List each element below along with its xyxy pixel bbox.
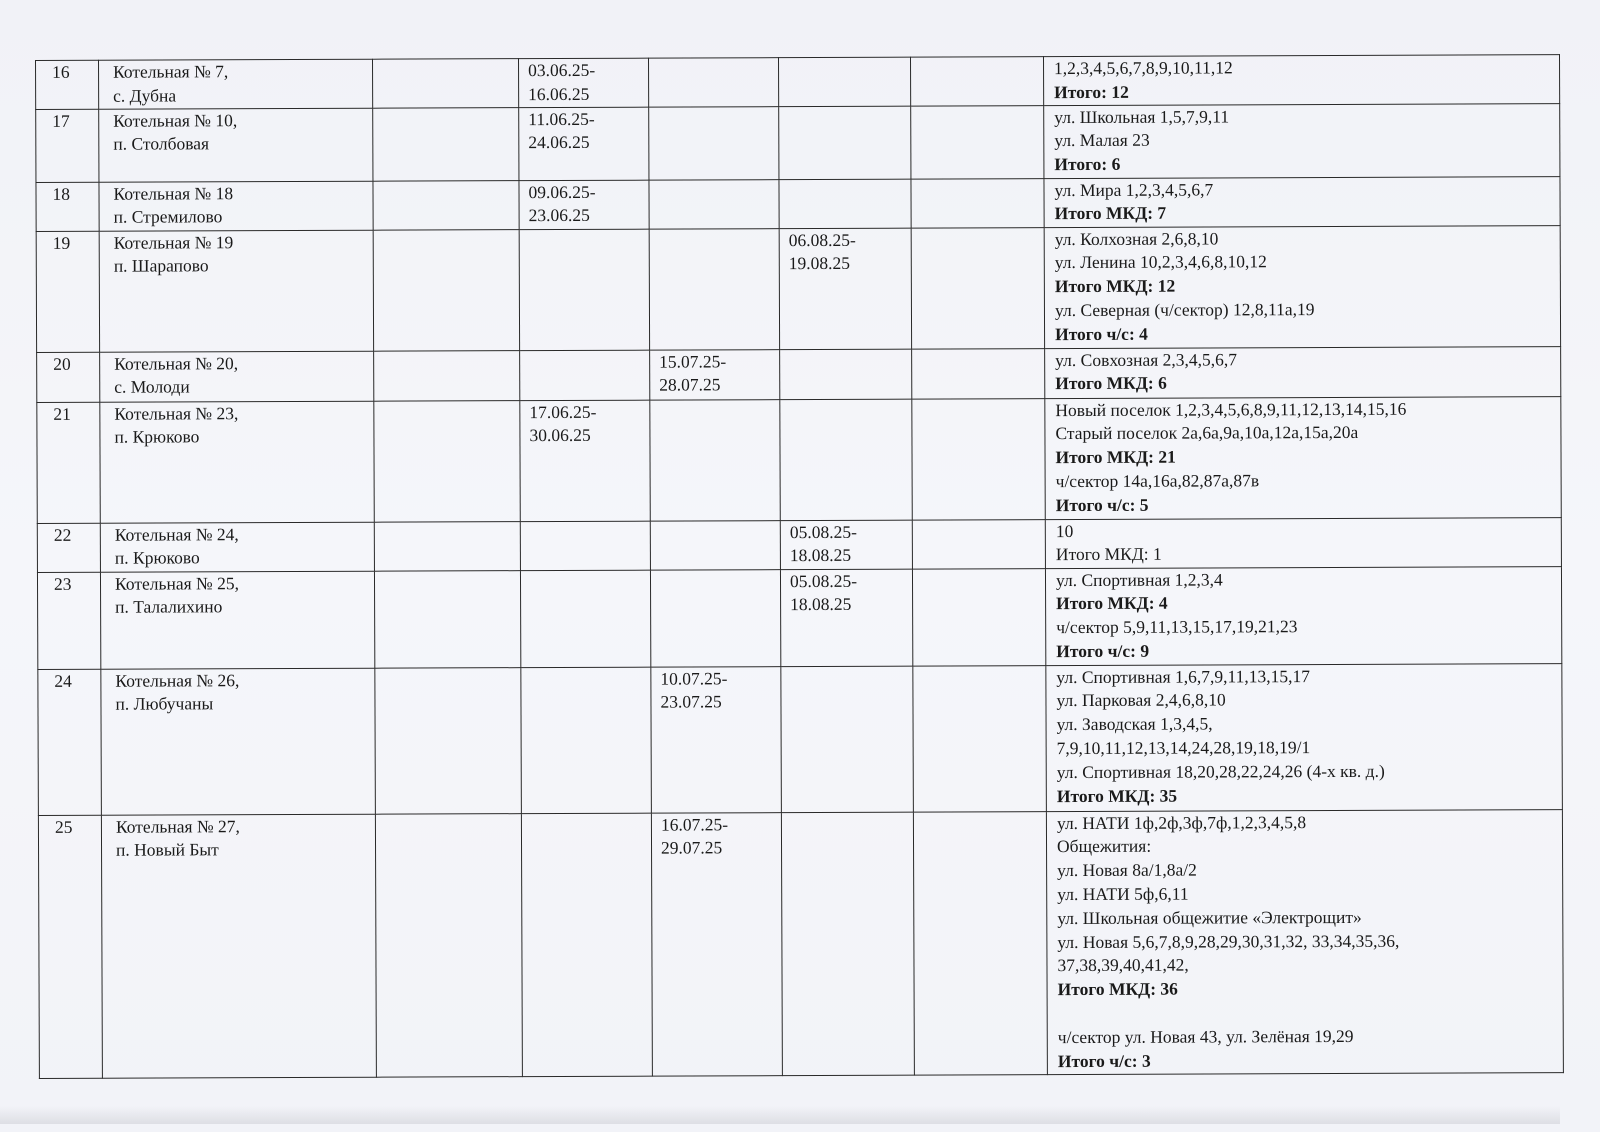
period-start: 17.06.25- (529, 400, 649, 424)
total-line: Итого ч/с: 3 (1058, 1048, 1563, 1074)
settlement-name: п. Талалихино (115, 595, 374, 620)
period-cell-col4: 09.06.25-23.06.25 (519, 180, 649, 229)
total-line: Итого МКД: 12 (1055, 273, 1560, 299)
period-cell-col3 (372, 59, 518, 108)
period-start: 16.07.25- (661, 813, 781, 837)
row-number: 23 (54, 572, 100, 596)
total-line: Итого ч/с: 4 (1055, 321, 1560, 347)
addresses-cell: ул. Совхозная 2,3,4,5,6,7Итого МКД: 6 (1045, 346, 1561, 398)
boiler-name-cell: Котельная № 19п. Шарапово (99, 230, 373, 352)
table-row: 24Котельная № 26,п. Любучаны10.07.25-23.… (38, 663, 1563, 815)
total-line: Итого МКД: 36 (1058, 976, 1563, 1002)
addresses-cell: ул. Школьная 1,5,7,9,11ул. Малая 23Итого… (1044, 103, 1560, 178)
period-cell-col7 (912, 568, 1045, 666)
period-end: 28.07.25 (659, 374, 779, 398)
address-line: ул. Заводская 1,3,4,5, (1057, 711, 1562, 737)
scanned-page: 16Котельная № 7,с. Дубна03.06.25-16.06.2… (0, 0, 1600, 1132)
period-cell-col3 (373, 107, 519, 181)
boiler-name: Котельная № 27, (116, 814, 375, 839)
address-line: ул. НАТИ 1ф,2ф,3ф,7ф,1,2,3,4,5,8 (1057, 810, 1562, 836)
address-line (1058, 1000, 1563, 1026)
settlement-name: п. Шарапово (114, 254, 373, 279)
address-line: ул. Ленина 10,2,3,4,6,8,10,12 (1055, 250, 1560, 276)
period-end: 23.06.25 (529, 204, 649, 228)
period-cell-col7 (912, 398, 1045, 520)
address-line: 1,2,3,4,5,6,7,8,9,10,11,12 (1054, 55, 1559, 81)
boiler-name: Котельная № 26, (115, 668, 374, 693)
address-line: ул. Школьная общежитие «Электрощит» (1057, 905, 1562, 931)
row-number-cell: 17 (36, 109, 99, 182)
row-number-cell: 24 (38, 669, 102, 815)
period-cell-col7 (912, 348, 1045, 399)
row-number-cell: 20 (37, 352, 100, 402)
page-edge-shadow (0, 1106, 1560, 1124)
address-line: ул. Малая 23 (1054, 128, 1559, 154)
period-cell-col5 (649, 179, 779, 228)
boiler-name-cell: Котельная № 24,п. Крюково (100, 522, 374, 572)
settlement-name: п. Любучаны (115, 692, 374, 717)
address-line: ч/сектор 14а,16а,82,87а,87в (1056, 468, 1561, 494)
total-line: Итого: 6 (1054, 151, 1559, 177)
period-cell-col7 (910, 57, 1043, 106)
row-number-cell: 22 (37, 523, 100, 572)
boiler-name: Котельная № 10, (113, 108, 372, 133)
boiler-name: Котельная № 24, (115, 522, 374, 547)
table-row: 25Котельная № 27,п. Новый Быт16.07.25-29… (38, 809, 1563, 1078)
period-cell-col6 (781, 812, 914, 1076)
boiler-name: Котельная № 7, (113, 60, 372, 85)
period-cell-col5 (649, 228, 779, 349)
period-cell-col5 (650, 399, 780, 520)
period-end: 29.07.25 (661, 837, 781, 861)
address-line: ул. Совхозная 2,3,4,5,6,7 (1055, 347, 1560, 373)
period-start: 05.08.25- (790, 520, 912, 544)
row-number: 19 (53, 231, 99, 255)
period-cell-col7 (912, 519, 1045, 569)
period-start: 11.06.25- (528, 107, 648, 131)
table-row: 22Котельная № 24,п. Крюково05.08.25-18.0… (37, 517, 1561, 572)
period-cell-col6 (779, 106, 911, 180)
period-end: 19.08.25 (789, 252, 911, 276)
addresses-cell: 10Итого МКД: 1 (1045, 517, 1561, 568)
row-number-cell: 25 (38, 815, 102, 1078)
total-line: Итого: 12 (1054, 79, 1559, 105)
period-cell-col6 (778, 57, 910, 106)
address-line: ул. Школьная 1,5,7,9,11 (1054, 104, 1559, 130)
period-cell-col4: 17.06.25-30.06.25 (520, 400, 650, 521)
address-line: 10 (1056, 518, 1561, 544)
period-cell-col6 (781, 666, 914, 813)
row-number: 16 (52, 61, 98, 85)
period-cell-col4: 11.06.25-24.06.25 (519, 107, 649, 180)
address-line: 37,38,39,40,41,42, (1057, 953, 1562, 979)
total-line: Итого МКД: 35 (1057, 783, 1562, 809)
boiler-name-cell: Котельная № 26,п. Любучаны (101, 668, 376, 815)
total-line: Итого МКД: 7 (1055, 201, 1560, 227)
table-row: 18Котельная № 18п. Стремилово09.06.25-23… (36, 176, 1560, 231)
address-line: ул. НАТИ 5ф,6,11 (1057, 881, 1562, 907)
settlement-name: п. Новый Быт (116, 838, 375, 863)
table-row: 23Котельная № 25,п. Талалихино05.08.25-1… (37, 566, 1561, 669)
period-cell-col3 (374, 570, 520, 668)
period-cell-col4 (521, 667, 652, 813)
period-cell-col7 (913, 811, 1047, 1075)
row-number: 17 (52, 109, 98, 133)
period-cell-col6: 05.08.25-18.08.25 (780, 520, 912, 570)
period-end: 18.08.25 (790, 544, 912, 568)
address-line: ул. Новая 8а/1,8а/2 (1057, 857, 1562, 883)
period-end: 24.06.25 (528, 131, 648, 155)
period-end: 18.08.25 (790, 593, 912, 617)
addresses-cell: Новый поселок 1,2,3,4,5,6,8,9,11,12,13,1… (1045, 396, 1561, 519)
address-line: Старый поселок 2а,6а,9а,10а,12а,15а,20а (1055, 421, 1560, 447)
row-number: 24 (54, 669, 100, 693)
period-cell-col4: 03.06.25-16.06.25 (518, 58, 648, 107)
row-number-cell: 16 (36, 60, 99, 109)
address-line: Общежития: (1057, 834, 1562, 860)
boiler-name-cell: Котельная № 27,п. Новый Быт (101, 814, 376, 1078)
period-start: 03.06.25- (528, 59, 648, 83)
address-line: ч/сектор ул. Новая 43, ул. Зелёная 19,29 (1058, 1024, 1563, 1050)
period-start: 09.06.25- (528, 180, 648, 204)
address-line: ул. Спортивная 1,6,7,9,11,13,15,17 (1056, 664, 1561, 690)
period-cell-col3 (373, 229, 519, 351)
address-line: ул. Спортивная 18,20,28,22,24,26 (4-х кв… (1057, 759, 1562, 785)
period-end: 23.07.25 (660, 691, 780, 715)
period-cell-col3 (374, 521, 520, 571)
table-row: 20Котельная № 20,с. Молоди15.07.25-28.07… (37, 346, 1561, 402)
total-line: Итого МКД: 6 (1055, 371, 1560, 397)
period-cell-col6 (780, 349, 912, 400)
period-cell-col3 (375, 813, 522, 1077)
row-number: 21 (53, 402, 99, 426)
address-line: Итого МКД: 1 (1056, 542, 1561, 568)
address-line: ул. Северная (ч/сектор) 12,8,11а,19 (1055, 297, 1560, 323)
period-cell-col6: 05.08.25-18.08.25 (780, 569, 912, 667)
boiler-name: Котельная № 20, (114, 351, 373, 376)
boiler-schedule-table: 16Котельная № 7,с. Дубна03.06.25-16.06.2… (35, 54, 1564, 1078)
row-number: 20 (53, 352, 99, 376)
settlement-name: п. Крюково (115, 546, 374, 571)
period-end: 16.06.25 (528, 82, 648, 106)
period-cell-col5 (648, 58, 778, 107)
boiler-name: Котельная № 23, (114, 401, 373, 426)
period-cell-col7 (911, 178, 1044, 228)
period-cell-col7 (911, 227, 1044, 349)
boiler-name: Котельная № 18 (113, 181, 372, 206)
address-line: ул. Спортивная 1,2,3,4 (1056, 567, 1561, 593)
boiler-name-cell: Котельная № 25,п. Талалихино (100, 571, 374, 669)
period-cell-col7 (911, 105, 1044, 179)
period-start: 10.07.25- (660, 667, 780, 691)
table-row: 17Котельная № 10,п. Столбовая11.06.25-24… (36, 103, 1560, 182)
total-line: Итого ч/с: 9 (1056, 638, 1561, 664)
addresses-cell: ул. Спортивная 1,6,7,9,11,13,15,17ул. Па… (1046, 663, 1563, 811)
period-cell-col6: 06.08.25-19.08.25 (779, 228, 911, 350)
period-cell-col6 (780, 399, 912, 521)
addresses-cell: ул. Спортивная 1,2,3,4Итого МКД: 4ч/сект… (1045, 566, 1561, 665)
row-number-cell: 21 (37, 402, 100, 523)
settlement-name: с. Дубна (113, 84, 372, 109)
table-row: 21Котельная № 23,п. Крюково17.06.25-30.0… (37, 396, 1561, 523)
period-cell-col7 (913, 665, 1047, 812)
address-line: ул. Мира 1,2,3,4,5,6,7 (1054, 177, 1559, 203)
period-cell-col3 (375, 667, 522, 814)
period-cell-col3 (374, 400, 520, 522)
addresses-cell: 1,2,3,4,5,6,7,8,9,10,11,12Итого: 12 (1043, 55, 1559, 106)
boiler-name-cell: Котельная № 23,п. Крюково (100, 401, 374, 523)
period-cell-col4 (520, 570, 650, 667)
period-cell-col5 (650, 569, 780, 666)
boiler-name: Котельная № 19 (114, 230, 373, 255)
period-cell-col5 (650, 520, 780, 569)
boiler-name: Котельная № 25, (115, 571, 374, 596)
table-body: 16Котельная № 7,с. Дубна03.06.25-16.06.2… (36, 55, 1564, 1078)
boiler-name-cell: Котельная № 10,п. Столбовая (99, 108, 373, 182)
period-start: 15.07.25- (659, 350, 779, 374)
total-line: Итого МКД: 21 (1055, 444, 1560, 470)
settlement-name: с. Молоди (114, 375, 373, 400)
settlement-name: п. Стремилово (114, 205, 373, 230)
period-cell-col5: 10.07.25-23.07.25 (651, 666, 782, 812)
settlement-name: п. Крюково (114, 425, 373, 450)
period-cell-col5: 16.07.25-29.07.25 (651, 812, 782, 1075)
addresses-cell: ул. Мира 1,2,3,4,5,6,7Итого МКД: 7 (1044, 176, 1560, 227)
period-cell-col5: 15.07.25-28.07.25 (650, 349, 780, 399)
period-cell-col4 (521, 813, 652, 1076)
row-number-cell: 18 (36, 182, 99, 231)
address-line: ул. Колхозная 2,6,8,10 (1055, 226, 1560, 252)
settlement-name: п. Столбовая (113, 132, 372, 157)
boiler-name-cell: Котельная № 7,с. Дубна (99, 59, 373, 109)
row-number: 25 (55, 815, 101, 839)
row-number: 18 (52, 182, 98, 206)
period-end: 30.06.25 (529, 424, 649, 448)
period-start: 06.08.25- (789, 228, 911, 252)
period-cell-col4 (520, 521, 650, 570)
period-cell-col3 (373, 180, 519, 230)
row-number: 22 (54, 523, 100, 547)
period-cell-col5 (649, 106, 779, 179)
period-cell-col4 (519, 229, 649, 350)
row-number-cell: 23 (37, 572, 100, 669)
addresses-cell: ул. НАТИ 1ф,2ф,3ф,7ф,1,2,3,4,5,8Общежити… (1046, 809, 1563, 1074)
boiler-name-cell: Котельная № 18п. Стремилово (99, 181, 373, 231)
total-line: Итого ч/с: 5 (1056, 492, 1561, 518)
address-line: ул. Новая 5,6,7,8,9,28,29,30,31,32, 33,3… (1057, 929, 1562, 955)
period-start: 05.08.25- (790, 569, 912, 593)
period-cell-col3 (374, 350, 520, 401)
address-line: Новый поселок 1,2,3,4,5,6,8,9,11,12,13,1… (1055, 397, 1560, 423)
boiler-name-cell: Котельная № 20,с. Молоди (100, 351, 374, 402)
address-line: ул. Парковая 2,4,6,8,10 (1056, 688, 1561, 714)
total-line: Итого МКД: 4 (1056, 591, 1561, 617)
table-row: 19Котельная № 19п. Шарапово06.08.25-19.0… (36, 225, 1560, 352)
period-cell-col6 (779, 179, 911, 229)
address-line: 7,9,10,11,12,13,14,24,28,19,18,19/1 (1057, 735, 1562, 761)
period-cell-col4 (520, 350, 650, 400)
addresses-cell: ул. Колхозная 2,6,8,10ул. Ленина 10,2,3,… (1044, 225, 1560, 348)
address-line: ч/сектор 5,9,11,13,15,17,19,21,23 (1056, 614, 1561, 640)
row-number-cell: 19 (36, 231, 99, 352)
table-row: 16Котельная № 7,с. Дубна03.06.25-16.06.2… (36, 55, 1560, 109)
